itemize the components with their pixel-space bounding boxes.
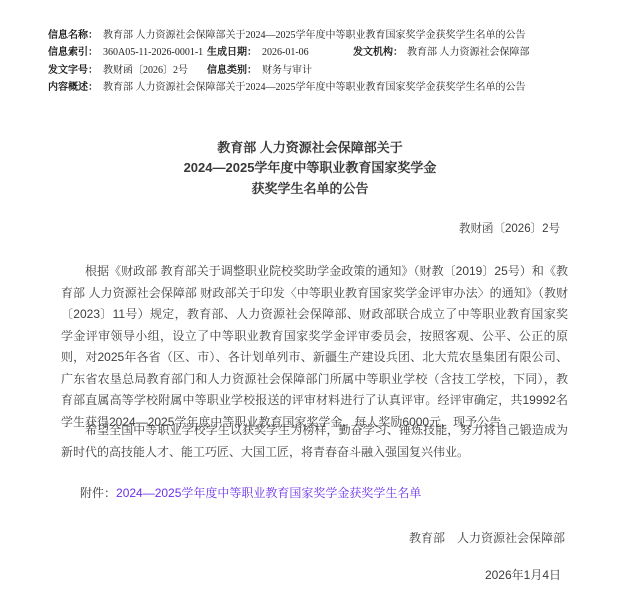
attachment-label: 附件： <box>80 486 116 500</box>
meta-value-info-category: 财务与审计 <box>262 62 576 79</box>
meta-label-content-summary: 内容概述： <box>48 79 103 96</box>
meta-row-index: 信息索引： 360A05-11-2026-0001-1 生成日期： 2026-0… <box>48 44 576 61</box>
page-title-line2: 2024—2025学年度中等职业教育国家奖学金 <box>0 158 620 179</box>
page-title-line1: 教育部 人力资源社会保障部关于 <box>0 138 620 159</box>
body-paragraph-2: 希望全国中等职业学校学生以获奖学生为榜样，勤奋学习、锤炼技能，努力将自己锻造成为… <box>61 420 568 463</box>
meta-value-content-summary: 教育部 人力资源社会保障部关于2024—2025学年度中等职业教育国家奖学金获奖… <box>103 79 576 96</box>
meta-label-doc-number: 发文字号： <box>48 62 103 79</box>
page-title-line3: 获奖学生名单的公告 <box>0 179 620 200</box>
meta-value-info-name: 教育部 人力资源社会保障部关于2024—2025学年度中等职业教育国家奖学金获奖… <box>103 27 576 44</box>
meta-label-info-index: 信息索引： <box>48 44 103 61</box>
meta-value-info-index: 360A05-11-2026-0001-1 <box>103 44 207 61</box>
meta-row-summary: 内容概述： 教育部 人力资源社会保障部关于2024—2025学年度中等职业教育国… <box>48 79 576 96</box>
meta-value-issuing-agency: 教育部 人力资源社会保障部 <box>407 44 576 61</box>
document-metadata: 信息名称： 教育部 人力资源社会保障部关于2024—2025学年度中等职业教育国… <box>48 27 576 97</box>
attachment-link[interactable]: 2024—2025学年度中等职业教育国家奖学金获奖学生名单 <box>116 486 421 500</box>
meta-label-generate-date: 生成日期： <box>207 44 262 61</box>
attachment-line: 附件：2024—2025学年度中等职业教育国家奖学金获奖学生名单 <box>80 483 421 505</box>
meta-value-doc-number: 教财函〔2026〕2号 <box>103 62 207 79</box>
issue-date: 2026年1月4日 <box>485 566 561 583</box>
document-number: 教财函〔2026〕2号 <box>459 220 560 236</box>
body-paragraph-1: 根据《财政部 教育部关于调整职业院校奖助学金政策的通知》（财教〔2019〕25号… <box>61 261 568 433</box>
meta-row-title: 信息名称： 教育部 人力资源社会保障部关于2024—2025学年度中等职业教育国… <box>48 27 576 44</box>
announcement-page: 信息名称： 教育部 人力资源社会保障部关于2024—2025学年度中等职业教育国… <box>0 0 620 590</box>
issuer-signature: 教育部 人力资源社会保障部 <box>409 529 565 546</box>
meta-value-generate-date: 2026-01-06 <box>262 44 353 61</box>
meta-label-issuing-agency: 发文机构： <box>353 44 407 61</box>
meta-row-docnum: 发文字号： 教财函〔2026〕2号 信息类别： 财务与审计 <box>48 62 576 79</box>
meta-label-info-category: 信息类别： <box>207 62 262 79</box>
meta-label-info-name: 信息名称： <box>48 27 103 44</box>
page-title: 教育部 人力资源社会保障部关于 2024—2025学年度中等职业教育国家奖学金 … <box>0 138 620 200</box>
